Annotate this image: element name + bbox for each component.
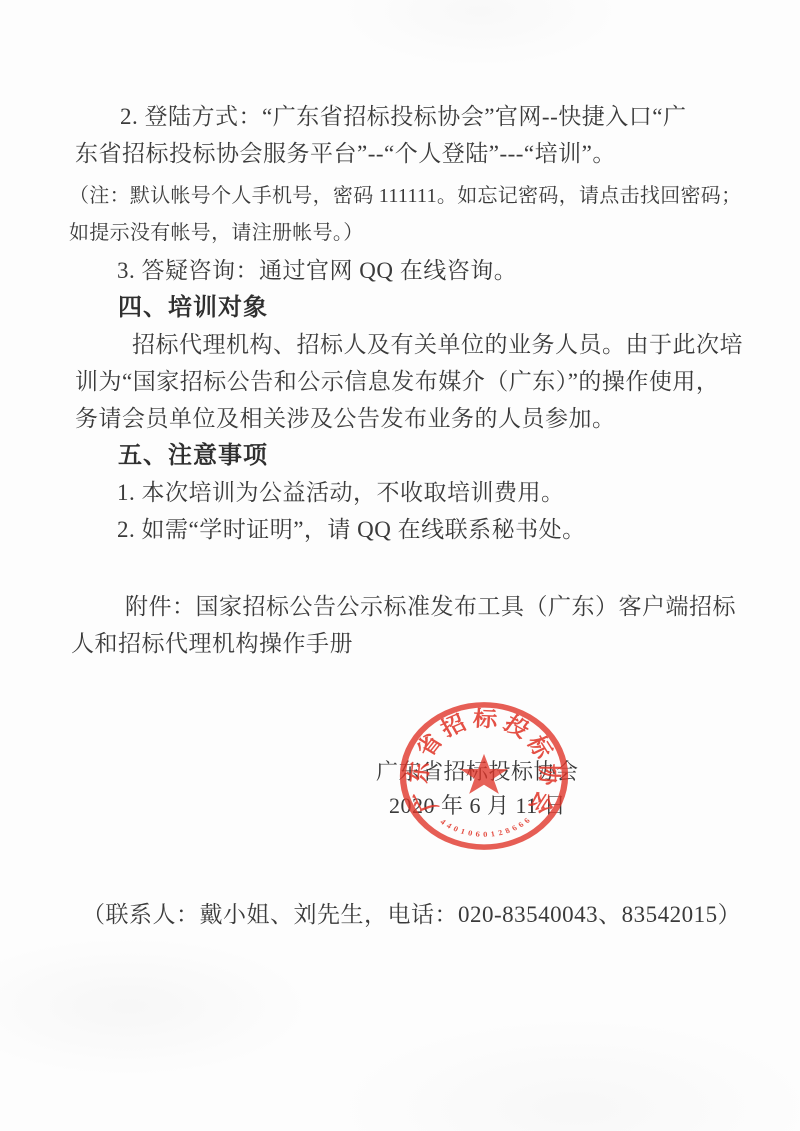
seal-star-icon: [460, 754, 508, 794]
line-login-method-2: 东省招标投标协会服务平台”--“个人登陆”---“培训”。: [75, 135, 735, 172]
official-seal: 广东省招标投标协会 4401060128666: [394, 697, 574, 855]
seal-serial-number: 4401060128666: [438, 814, 534, 839]
line-note-2: 如提示没有帐号，请注册帐号。）: [69, 215, 735, 252]
line-audience-3: 务请会员单位及相关涉及公告发布业务的人员参加。: [75, 400, 735, 437]
heading-section-5-notes: 五、注意事项: [75, 437, 735, 474]
line-qa-consult: 3. 答疑咨询：通过官网 QQ 在线咨询。: [75, 252, 735, 289]
line-note-1: （注：默认帐号个人手机号，密码 111111。如忘记密码，请点击找回密码；: [69, 178, 735, 215]
document-body: 2. 登陆方式：“广东省招标投标协会”官网--快捷入口“广 东省招标投标协会服务…: [75, 98, 735, 662]
line-free-training: 1. 本次培训为公益活动，不收取培训费用。: [75, 474, 735, 511]
document-page: 2. 登陆方式：“广东省招标投标协会”官网--快捷入口“广 东省招标投标协会服务…: [0, 0, 800, 1131]
line-audience-2: 训为“国家招标公告和公示信息发布媒介（广东）”的操作使用，: [75, 363, 735, 400]
line-attachment-1: 附件：国家招标公告公示标准发布工具（广东）客户端招标: [75, 588, 735, 625]
line-hour-certificate: 2. 如需“学时证明”，请 QQ 在线联系秘书处。: [75, 511, 735, 548]
heading-section-4-training-target: 四、培训对象: [75, 289, 735, 326]
footer-contact-line: （联系人：戴小姐、刘先生，电话：020-83540043、83542015）: [82, 899, 741, 931]
svg-text:4401060128666: 4401060128666: [438, 814, 534, 839]
line-attachment-2: 人和招标代理机构操作手册: [71, 625, 735, 662]
blank-line: [75, 548, 735, 588]
line-login-method-1: 2. 登陆方式：“广东省招标投标协会”官网--快捷入口“广: [75, 98, 735, 135]
line-audience-1: 招标代理机构、招标人及有关单位的业务人员。由于此次培: [75, 326, 735, 363]
